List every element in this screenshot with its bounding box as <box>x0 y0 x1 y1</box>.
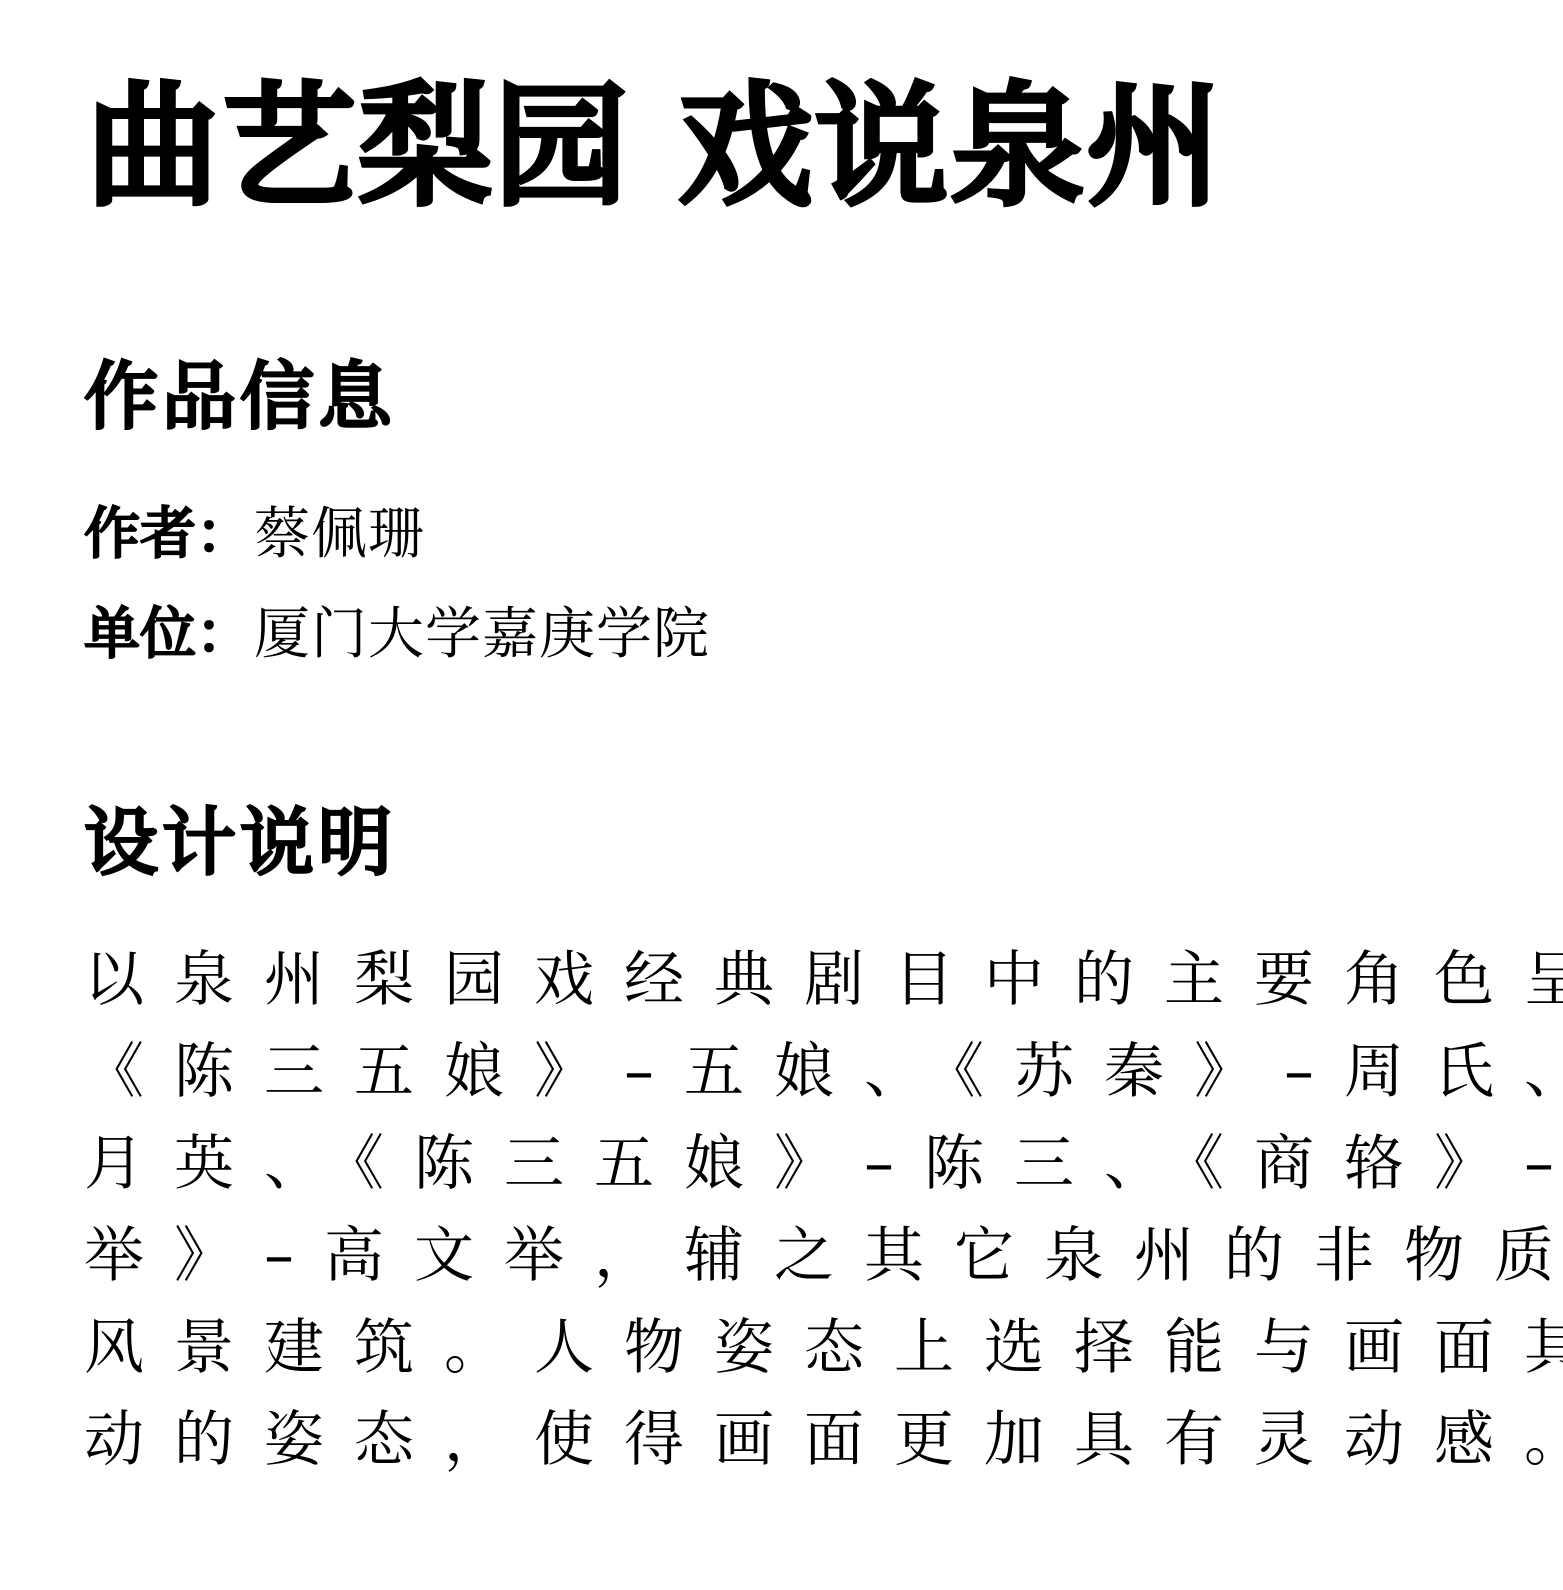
unit-row: 单位： 厦门大学嘉庚学院 <box>84 600 710 670</box>
description-line: 动的姿态，使得画面更加具有灵动感。 <box>84 1394 1474 1486</box>
description-line: 《陈三五娘》–五娘、《苏秦》–周氏、《胭脂记》–王 <box>84 1026 1474 1118</box>
section-heading-design-notes: 设计说明 <box>84 798 396 888</box>
description-line: 风景建筑。人物姿态上选择能与画面其它元素产生互 <box>84 1302 1474 1394</box>
design-description: 以泉州梨园戏经典剧目中的主要角色呈现，分别为： 《陈三五娘》–五娘、《苏秦》–周… <box>84 934 1474 1486</box>
unit-label: 单位： <box>84 600 254 670</box>
unit-value: 厦门大学嘉庚学院 <box>254 600 710 670</box>
page-title: 曲艺梨园 戏说泉州 <box>86 72 1223 222</box>
description-line: 以泉州梨园戏经典剧目中的主要角色呈现，分别为： <box>84 934 1474 1026</box>
description-line: 月英、《陈三五娘》–陈三、《商辂》–商辂、《高文 <box>84 1118 1474 1210</box>
author-value: 蔡佩珊 <box>254 500 425 570</box>
author-label: 作者： <box>84 500 254 570</box>
author-row: 作者： 蔡佩珊 <box>84 500 425 570</box>
description-line: 举》–高文举，辅之其它泉州的非物质文化遗产与泉州 <box>84 1210 1474 1302</box>
section-heading-work-info: 作品信息 <box>84 352 396 442</box>
